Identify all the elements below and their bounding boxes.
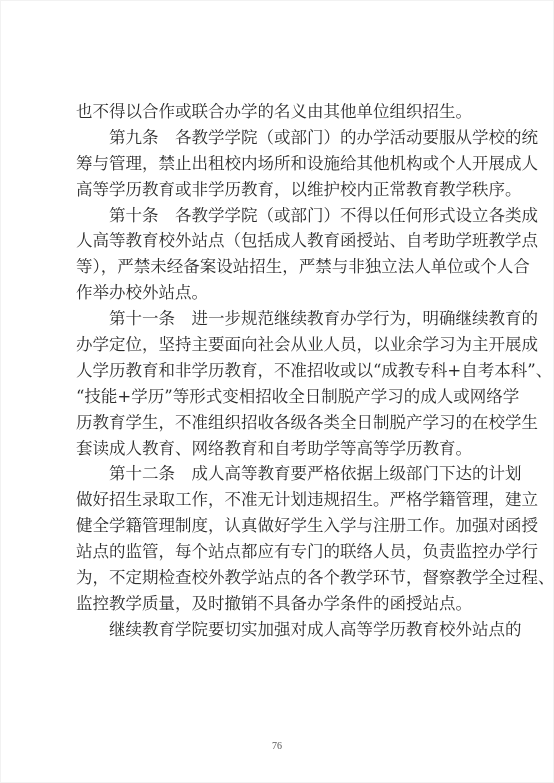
- text-line: 人高等教育校外站点（包括成人教育函授站、自考助学班教学点: [76, 228, 486, 254]
- text-line-article-10: 第十条 各教学学院（或部门）不得以任何形式设立各类成: [76, 203, 486, 229]
- text-line: “技能+学历”等形式变相招收全日制脱产学习的成人或网络学: [76, 384, 486, 410]
- text-line: 高等学历教育或非学历教育，以维护校内正常教育教学秩序。: [76, 177, 486, 203]
- text-line-article-12: 第十二条 成人高等教育要严格依据上级部门下达的计划: [76, 461, 486, 487]
- text-line: 办学定位，坚持主要面向社会从业人员，以业余学习为主开展成: [76, 332, 486, 358]
- text-line: 套读成人教育、网络教育和自考助学等高等学历教育。: [76, 436, 486, 462]
- text-line: 筹与管理，禁止出租校内场所和设施给其他机构或个人开展成人: [76, 151, 486, 177]
- page-number: 76: [0, 741, 554, 752]
- text-line-article-11: 第十一条 进一步规范继续教育办学行为，明确继续教育的: [76, 306, 486, 332]
- text-line: 做好招生录取工作，不准无计划违规招生。严格学籍管理，建立: [76, 487, 486, 513]
- text-line: 为，不定期检查校外教学站点的各个教学环节，督察教学全过程、: [76, 565, 486, 591]
- document-body: 也不得以合作或联合办学的名义由其他单位组织招生。 第九条 各教学学院（或部门）的…: [76, 99, 486, 643]
- text-line: 人学历教育和非学历教育，不准招收或以“成教专科+自考本科”、: [76, 358, 486, 384]
- text-line: 健全学籍管理制度，认真做好学生入学与注册工作。加强对函授: [76, 513, 486, 539]
- text-line-article-9: 第九条 各教学学院（或部门）的办学活动要服从学校的统: [76, 125, 486, 151]
- text-line: 作举办校外站点。: [76, 280, 486, 306]
- text-line: 站点的监管，每个站点都应有专门的联络人员，负责监控办学行: [76, 539, 486, 565]
- document-page: 也不得以合作或联合办学的名义由其他单位组织招生。 第九条 各教学学院（或部门）的…: [0, 0, 554, 783]
- text-line: 也不得以合作或联合办学的名义由其他单位组织招生。: [76, 99, 486, 125]
- text-line-paragraph: 继续教育学院要切实加强对成人高等学历教育校外站点的: [76, 617, 486, 643]
- text-line: 等），严禁未经备案设站招生，严禁与非独立法人单位或个人合: [76, 254, 486, 280]
- text-line: 监控教学质量，及时撤销不具备办学条件的函授站点。: [76, 591, 486, 617]
- text-line: 历教育学生，不准组织招收各级各类全日制脱产学习的在校学生: [76, 410, 486, 436]
